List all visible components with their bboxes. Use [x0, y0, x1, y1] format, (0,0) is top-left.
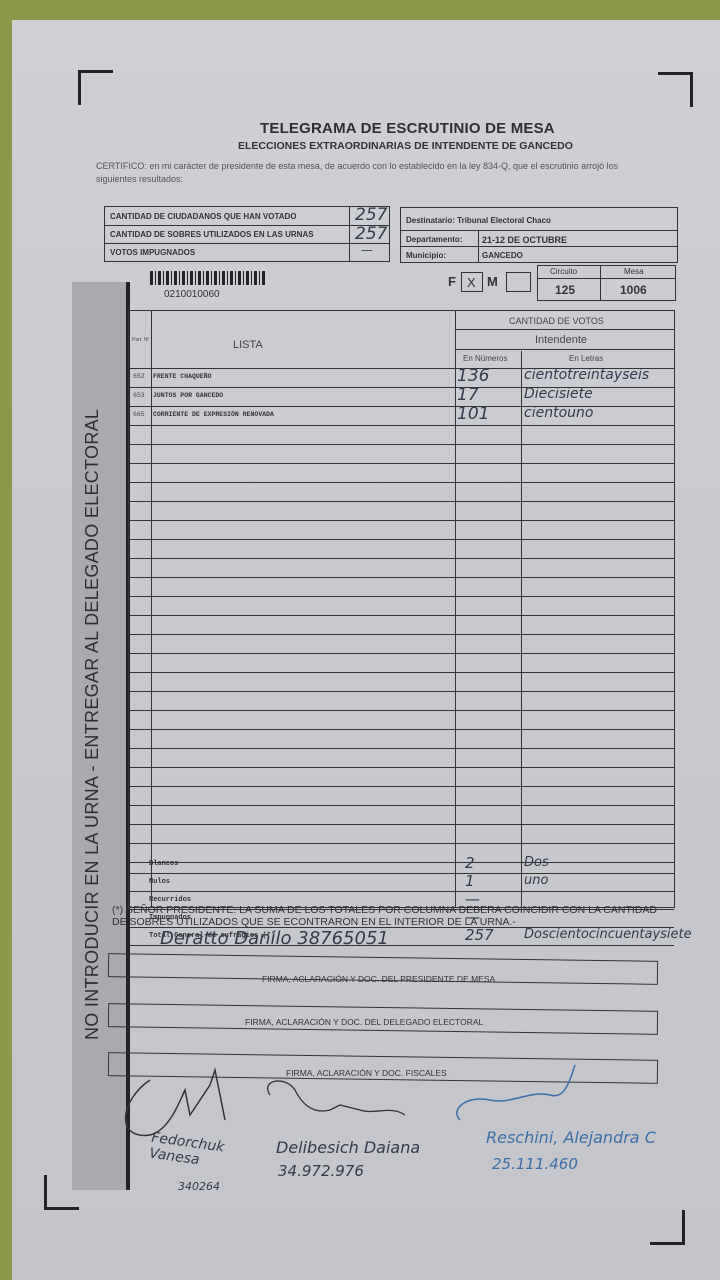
totals-label: Recurridos [149, 896, 191, 904]
votes-letters: cientotreintayseis [524, 367, 649, 383]
circuito-label: Circuito [550, 267, 577, 276]
totals-number: 1 [465, 872, 475, 890]
summary-value: 257 [355, 224, 387, 244]
destinatario-label: Destinatario: [406, 216, 455, 225]
party-name: CORRIENTE DE EXPRESIÓN RENOVADA [153, 411, 274, 418]
footnote: (*) SEÑOR PRESIDENTE: LA SUMA DE LOS TOT… [112, 904, 672, 928]
certification-text: CERTIFICO: en mi carácter de presidente … [96, 160, 656, 186]
circuito-mesa-box: Circuito 125 Mesa 1006 [537, 265, 676, 301]
mesa-label: Mesa [624, 267, 644, 276]
departamento-label: Departamento: [406, 235, 462, 244]
totals-number: 2 [465, 854, 475, 872]
totals-number: 257 [465, 926, 494, 944]
summary-label: CANTIDAD DE SOBRES UTILIZADOS EN LAS URN… [110, 230, 314, 239]
header-intendente: Intendente [535, 334, 587, 346]
fiscal-2-doc: 34.972.976 [278, 1162, 364, 1180]
sex-m-label: M [487, 274, 498, 289]
party-number: 653 [133, 392, 145, 399]
totals-letters: Doscientocincuentaysiete [524, 927, 692, 942]
party-name: FRENTE CHAQUEÑO [153, 373, 212, 380]
totals-label: Blancos [149, 860, 178, 868]
summary-label: VOTOS IMPUGNADOS [110, 248, 195, 257]
mesa-value: 1006 [620, 283, 647, 297]
document-subtitle: ELECCIONES EXTRAORDINARIAS DE INTENDENTE… [238, 140, 573, 152]
presidente-handwriting: Deratto Danilo 38765051 [160, 928, 389, 949]
fiscal-1-doc: 340264 [178, 1180, 220, 1193]
departamento-value: 21-12 DE OCTUBRE [482, 235, 567, 245]
barcode [150, 271, 265, 285]
summary-value: 257 [355, 205, 387, 225]
header-en-letras: En Letras [569, 354, 603, 363]
sex-f-label: F [448, 274, 456, 289]
destinatario-value: Tribunal Electoral Chaco [457, 216, 551, 225]
document-title: TELEGRAMA DE ESCRUTINIO DE MESA [260, 120, 555, 137]
totals-label: Nulos [149, 878, 170, 886]
sex-m-checkbox [506, 272, 531, 292]
votes-table: Part. Nº LISTA CANTIDAD DE VOTOS Intende… [128, 310, 675, 908]
presidente-signature-label: FIRMA, ACLARACIÓN Y DOC. DEL PRESIDENTE … [262, 974, 495, 984]
totals-letters: uno [524, 873, 548, 888]
header-cantidad-votos: CANTIDAD DE VOTOS [509, 316, 604, 326]
votes-number: 17 [457, 385, 479, 405]
votes-letters: cientouno [524, 405, 593, 421]
summary-box: CANTIDAD DE CIUDADANOS QUE HAN VOTADO CA… [104, 206, 390, 262]
party-number: 665 [133, 411, 145, 418]
summary-value: — [361, 243, 373, 257]
scan-corner-mark [78, 70, 113, 105]
party-name: JUNTOS POR GANCEDO [153, 392, 223, 399]
fiscal-3-doc: 25.111.460 [492, 1155, 578, 1173]
barcode-number: 0210010060 [164, 289, 220, 300]
summary-label: CANTIDAD DE CIUDADANOS QUE HAN VOTADO [110, 212, 297, 221]
votes-number: 101 [457, 404, 489, 424]
municipio-label: Municipio: [406, 251, 446, 260]
totals-letters: Dos [524, 855, 549, 870]
header-part-num: Part. Nº [132, 337, 149, 343]
header-lista: LISTA [233, 339, 263, 351]
municipio-value: GANCEDO [482, 251, 523, 260]
scan-corner-mark [650, 1210, 685, 1245]
sex-f-checkbox: X [461, 272, 483, 292]
party-number: 652 [133, 373, 145, 380]
recipient-box: Destinatario: Tribunal Electoral Chaco D… [400, 207, 678, 263]
signature-scribbles-icon [110, 1060, 670, 1150]
circuito-value: 125 [555, 283, 575, 297]
votes-number: 136 [457, 366, 489, 386]
delegado-signature-label: FIRMA, ACLARACIÓN Y DOC. DEL DELEGADO EL… [245, 1017, 483, 1027]
sex-f-mark: X [467, 275, 476, 290]
votes-letters: Diecisiete [524, 386, 593, 402]
header-en-numeros: En Números [463, 354, 507, 363]
scan-corner-mark [658, 72, 693, 107]
side-strip-text: NO INTRODUCIR EN LA URNA - ENTREGAR AL D… [82, 409, 103, 1040]
